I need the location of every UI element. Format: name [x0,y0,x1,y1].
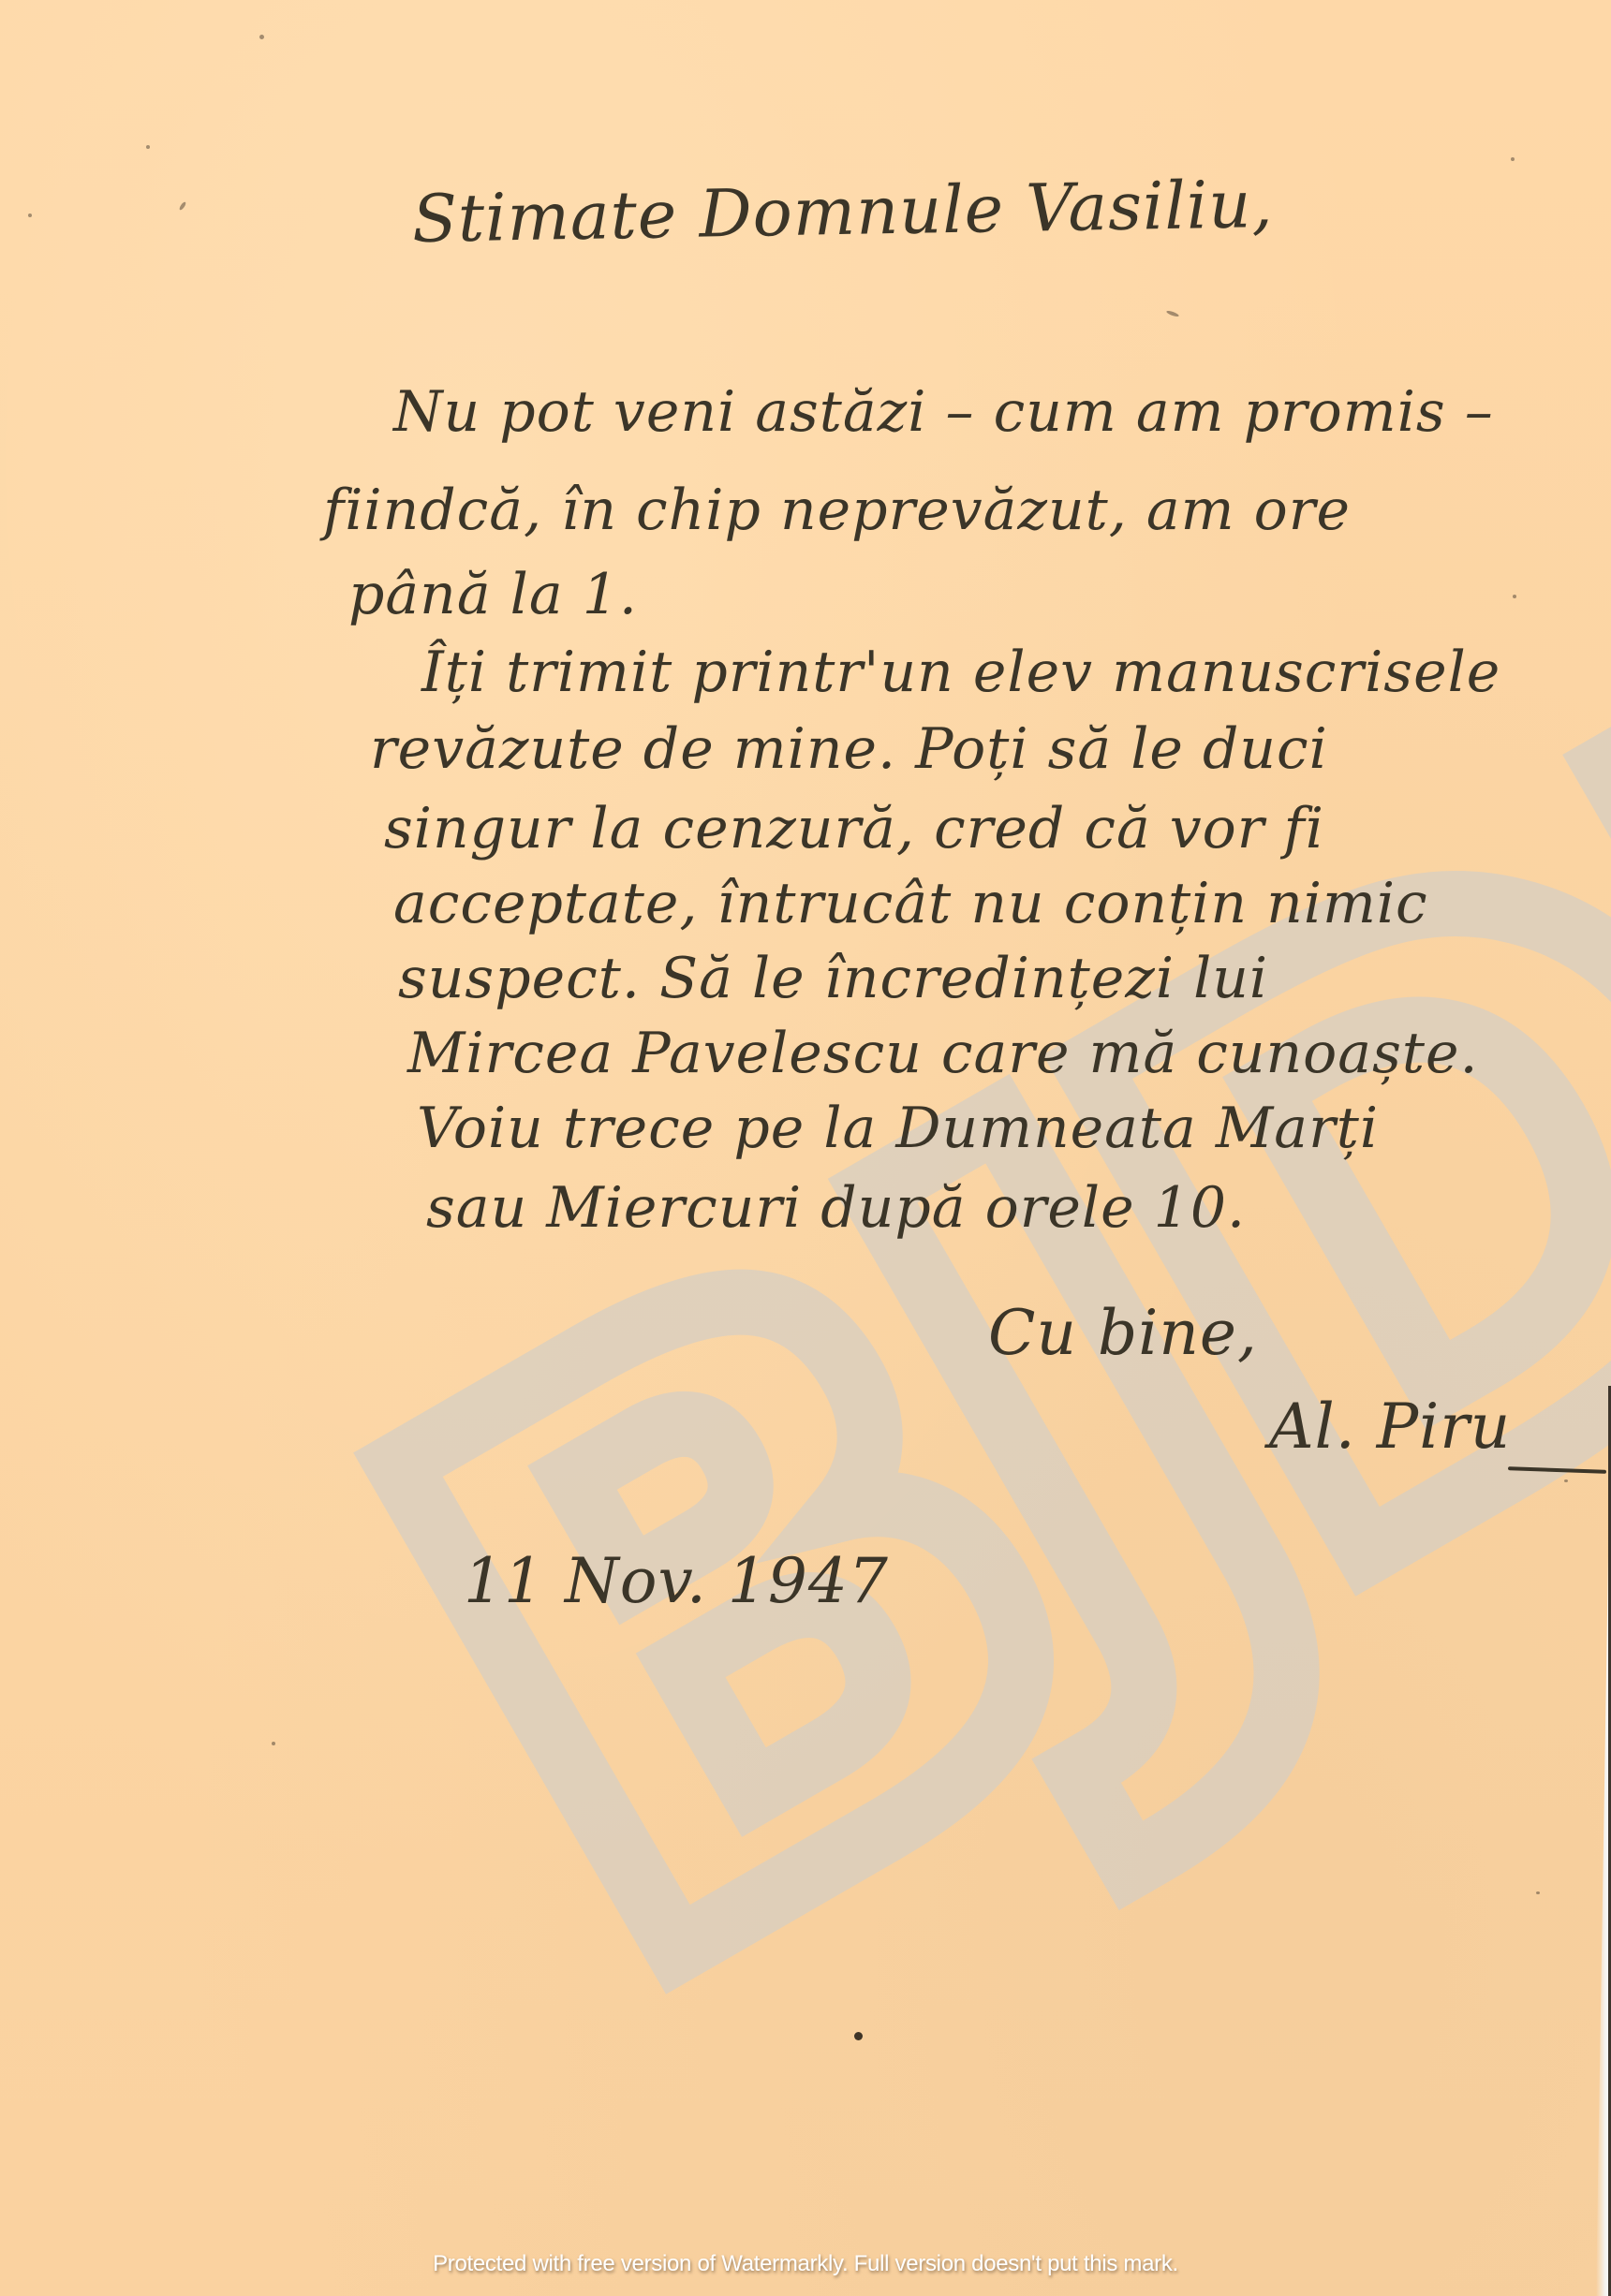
watermarkly-notice: Protected with free version of Watermark… [0,2251,1611,2277]
letter-line: Nu pot veni astăzi – cum am promis – [393,379,1494,445]
letter-line: suspect. Să le încredințezi lui [398,946,1268,1011]
letter-line: până la 1. [348,562,638,627]
letter-line: revăzute de mine. Poți să le duci [370,716,1328,782]
paper-speck [272,1742,275,1745]
letter-line: singur la cenzură, cred că vor fi [384,796,1324,861]
paper-speck [854,2032,863,2040]
paper-speck [259,35,264,39]
letter-salutation: Stimate Domnule Vasiliu, [411,166,1274,258]
paper-speck [1166,310,1180,318]
paper-speck [1536,1891,1540,1894]
paper-speck [28,213,32,217]
letter-page: BJDB Stimate Domnule Vasiliu, Nu pot ven… [0,0,1611,2296]
paper-speck [1564,1479,1568,1482]
paper-speck [1511,157,1515,161]
letter-line: Voiu trece pe la Dumneata Marți [417,1096,1379,1161]
letter-signature: Al. Piru [1269,1391,1511,1463]
letter-line: fiindcă, în chip neprevăzut, am ore [323,478,1351,543]
letter-closing: Cu bine, [988,1297,1258,1369]
paper-speck [1513,595,1516,598]
letter-line: acceptate, întrucât nu conțin nimic [393,871,1428,936]
letter-date: 11 Nov. 1947 [464,1545,889,1617]
signature-flourish [1508,1466,1606,1474]
letter-line: Mircea Pavelescu care mă cunoaște. [407,1021,1479,1086]
paper-speck [178,201,186,211]
letter-line: Îți trimit printr'un elev manuscrisele [421,640,1500,705]
letter-line: sau Miercuri după orele 10. [426,1175,1246,1241]
paper-speck [146,145,150,149]
